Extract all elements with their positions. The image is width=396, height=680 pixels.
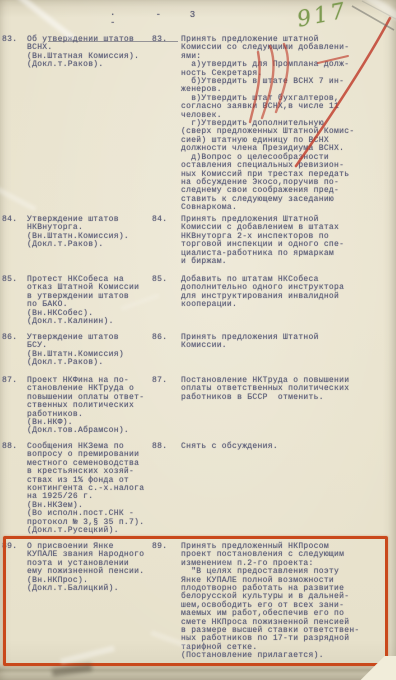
item-subject: Проект НКФина на по- становление НКТруда…	[27, 377, 154, 436]
resolution-number: 85.	[152, 276, 180, 284]
resolution-text: Принять предложения Штатной Комиссии с д…	[181, 216, 394, 266]
folio-handwritten-number: 917	[295, 0, 350, 33]
item-subject: Утверждение штатов БСУ. (Вн.Штатн.Комисс…	[27, 334, 154, 368]
item-number: 88.	[2, 443, 26, 451]
scanned-protocol-page: · - 3 - 917 83. Об утверждении штатов ВС…	[0, 0, 396, 680]
resolution-number: 86.	[152, 334, 180, 342]
resolution-number: 87.	[152, 377, 180, 385]
item-number: 84.	[2, 216, 26, 224]
item-subject: Сообщения НКЗема по вопросу о премирован…	[27, 443, 154, 535]
item-number: 87.	[2, 377, 26, 385]
highlight-box	[3, 536, 388, 666]
item-number: 83.	[2, 36, 26, 44]
resolution-text: Постановление НКТруда о повышении оплаты…	[181, 377, 394, 402]
page-number-header: · - 3 -	[110, 11, 230, 28]
resolution-text: Принять предложения Штатной Комиссии.	[181, 334, 394, 351]
resolution-number: 88.	[152, 443, 180, 451]
resolution-text: Снять с обсуждения.	[181, 443, 394, 451]
resolution-number: 84.	[152, 216, 180, 224]
paper-crease	[0, 185, 36, 211]
item-number: 85.	[2, 276, 26, 284]
resolution-text: Добавить по штатам НКСобеса дополнительн…	[181, 276, 394, 310]
item-number: 86.	[2, 334, 26, 342]
item-subject: Утверждение штатов НКВнуторга. (Вн.Штатн…	[27, 216, 154, 250]
page-corner	[354, 656, 396, 680]
strikethrough-line	[48, 41, 178, 42]
resolution-text: Принять предложение штатной Комиссии со …	[181, 36, 394, 213]
